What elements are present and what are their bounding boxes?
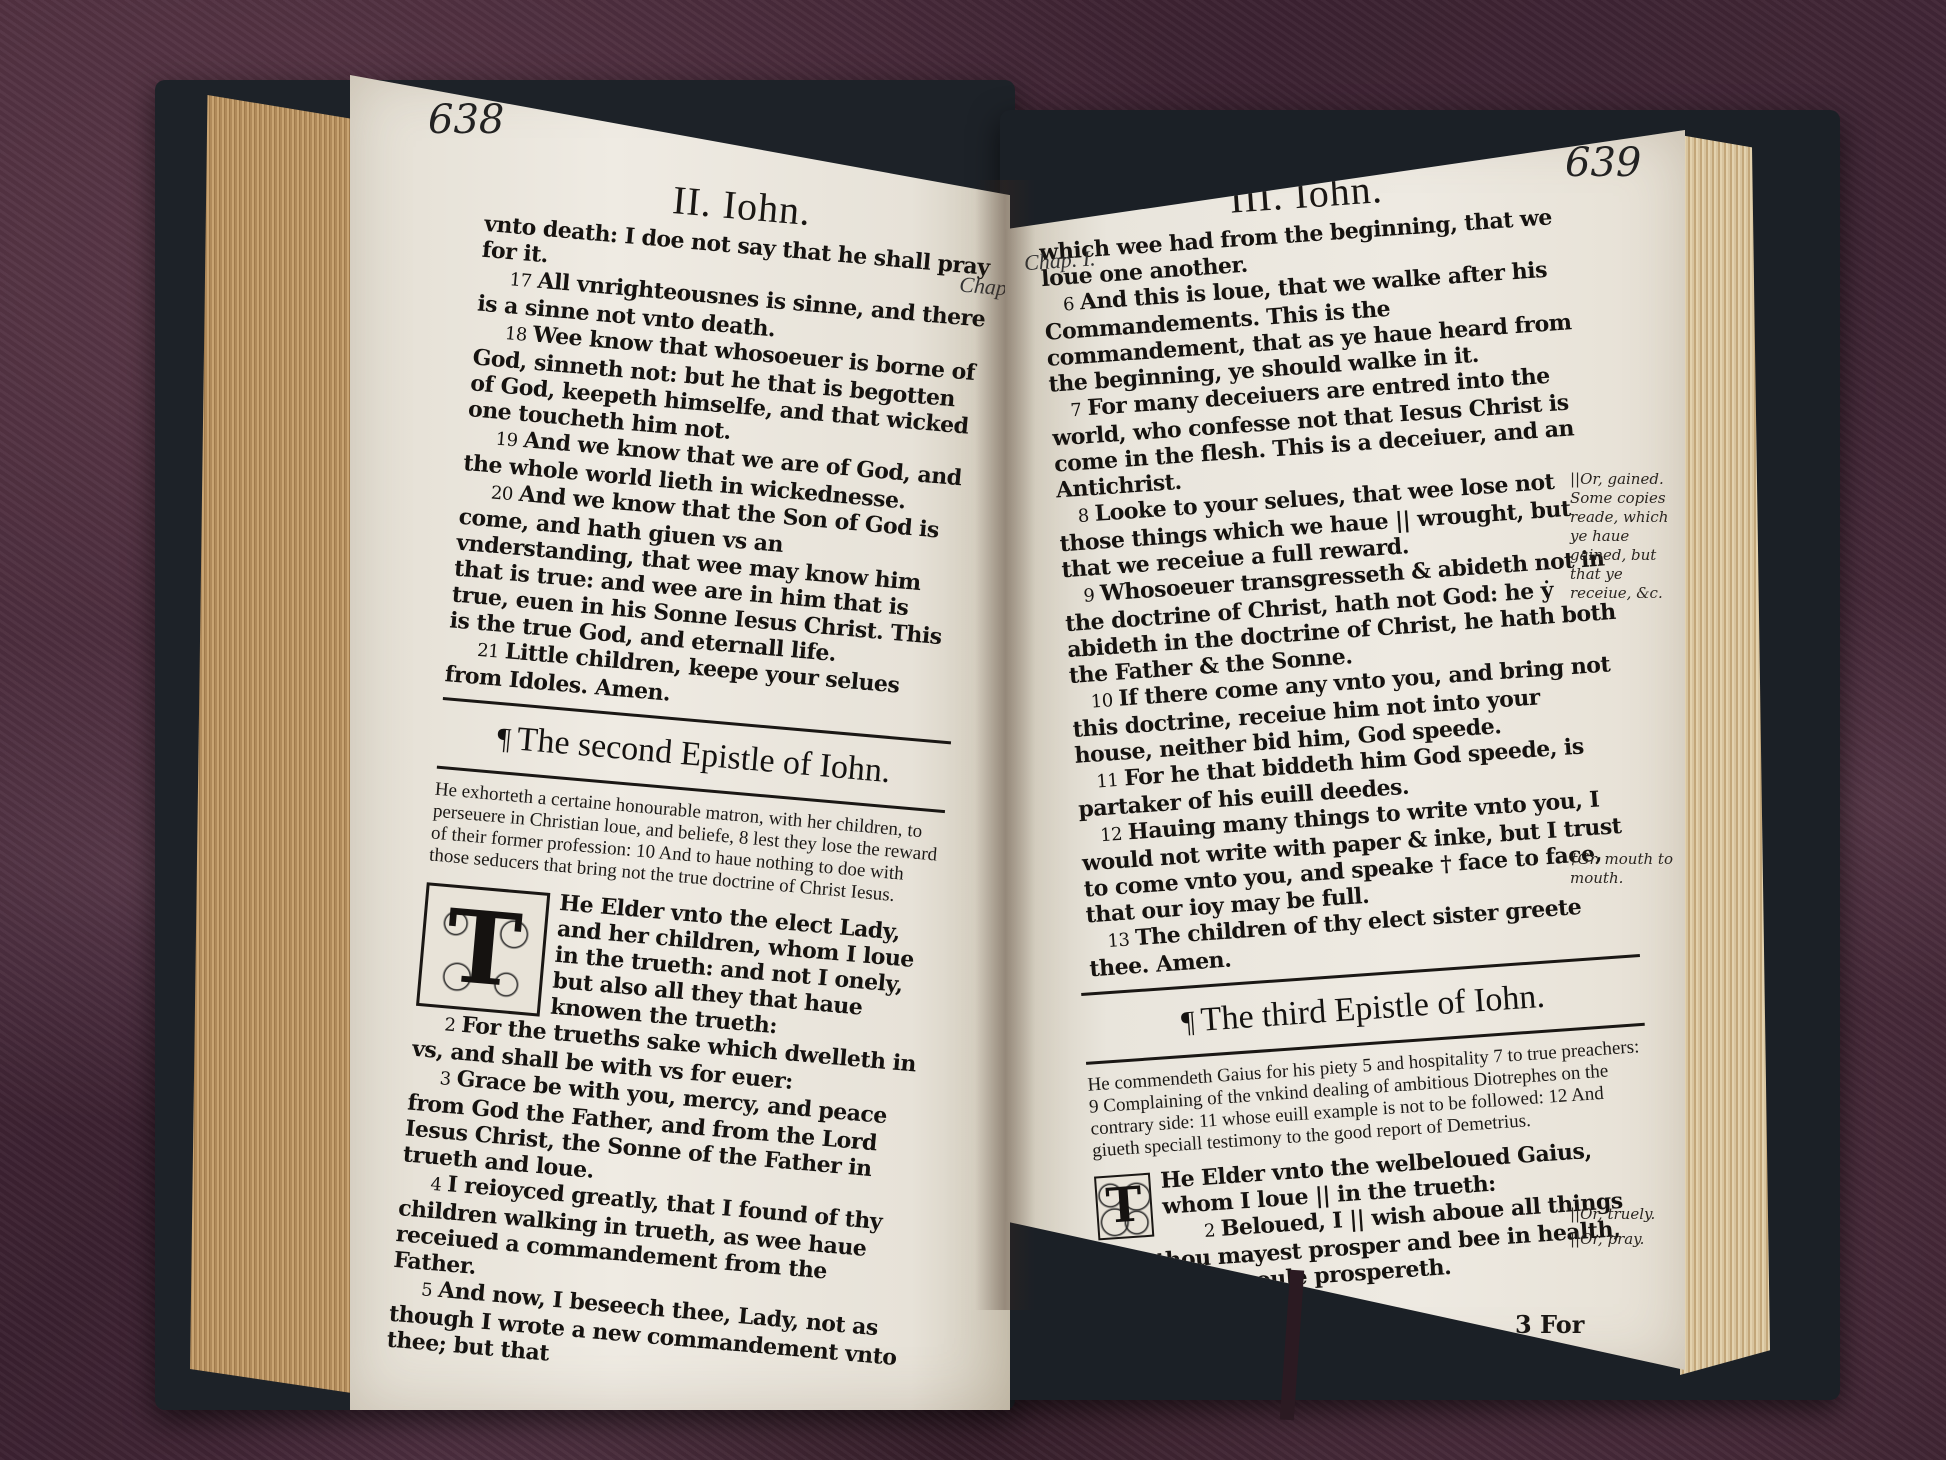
margin-note: ||Or, pray. [1570,1230,1680,1249]
catchword: 3 For [1515,1310,1584,1339]
verse-number: 11 [1096,770,1119,792]
verse-number: 13 [1107,930,1130,952]
verse-number: 6 [1062,294,1074,316]
epistle-title-text: The third Epistle of Iohn. [1200,978,1546,1039]
verse-number: 8 [1077,505,1089,527]
verse-number: 21 [476,640,500,663]
verse-text: He Elder vnto the elect Lady, and her ch… [549,890,915,1039]
right-page: 639 III. Iohn. Chap. I. which wee had fr… [1005,130,1685,1370]
book-gutter [975,180,1035,1310]
epistle-title-third-john: ¶The third Epistle of Iohn. [1082,967,1644,1052]
margin-note: †Gr. mouth to mouth. [1570,850,1680,888]
left-page: 638 II. Iohn. Chap. I. vnto death: I doe… [350,75,1010,1410]
right-page-text-block: III. Iohn. Chap. I. which wee had from t… [1025,151,1662,1304]
verse-number: 17 [509,269,533,292]
verse-number: 19 [495,429,519,452]
margin-note: ||Or, gained. Some copies reade, which y… [1570,470,1680,603]
verse-number: 18 [504,323,528,346]
verse-number: 7 [1070,400,1082,422]
verse-number: 10 [1090,690,1113,712]
margin-note: ||Or, truely. [1570,1205,1680,1224]
verse-number: 3 [439,1068,452,1090]
verse-number: 12 [1100,824,1123,846]
verse-number: 5 [420,1279,433,1301]
verse-number: 2 [444,1014,457,1036]
left-bottom-verses: T He Elder vnto the elect Lady, and her … [386,878,936,1397]
ornamental-dropcap-icon: T [416,882,550,1016]
left-page-number: 638 [428,97,504,143]
page-edges-left [190,95,365,1395]
verse-number: 9 [1083,585,1095,607]
verse-number: 2 [1203,1220,1215,1242]
pilcrow-icon: ¶ [496,722,512,756]
left-page-text-block: II. Iohn. Chap. I. vnto death: I doe not… [386,160,998,1397]
pilcrow-icon: ¶ [1180,1005,1196,1039]
verse-number: 4 [430,1174,443,1196]
verse-number: 20 [490,482,514,505]
ornamental-dropcap-icon: T [1094,1173,1154,1241]
right-top-verses: which wee had from the beginning, that w… [1029,202,1640,983]
